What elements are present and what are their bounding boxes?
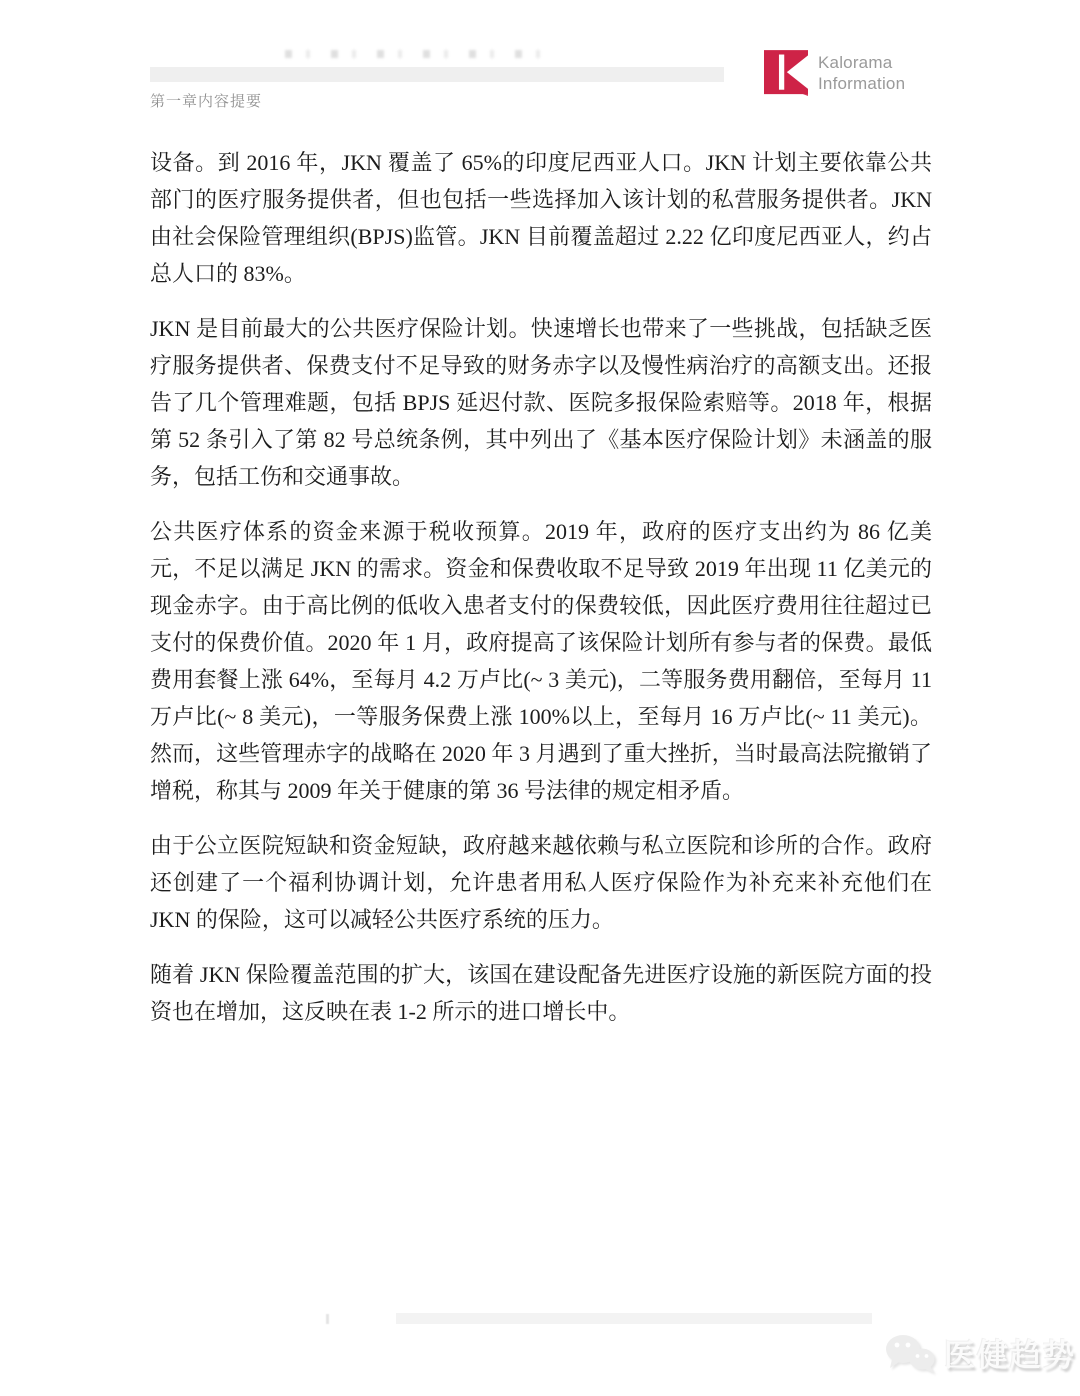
- kalorama-wordmark: Kalorama Information: [818, 52, 905, 94]
- wechat-watermark: 医健趋势: [884, 1330, 1076, 1375]
- faded-text-remnant: [285, 50, 547, 58]
- wechat-icon: [884, 1333, 936, 1373]
- paragraph-private-cooperation: 由于公立医院短缺和资金短缺，政府越来越依赖与私立医院和诊所的合作。政府还创建了一…: [150, 827, 932, 938]
- footer-faded-bar: [396, 1313, 872, 1324]
- paragraph-jkn-challenges: JKN 是目前最大的公共医疗保险计划。快速增长也带来了一些挑战，包括缺乏医疗服务…: [150, 310, 932, 495]
- paragraph-import-growth: 随着 JKN 保险覆盖范围的扩大，该国在建设配备先进医疗设施的新医院方面的投资也…: [150, 956, 932, 1030]
- page-bottom-mark: [326, 1314, 329, 1324]
- chapter-header: 第一章内容提要: [150, 90, 262, 111]
- brand-line-2: Information: [818, 73, 905, 94]
- paragraph-funding: 公共医疗体系的资金来源于税收预算。2019 年，政府的医疗支出约为 86 亿美元…: [150, 513, 932, 809]
- document-body: 设备。到 2016 年，JKN 覆盖了 65%的印度尼西亚人口。JKN 计划主要…: [150, 144, 932, 1048]
- brand-line-1: Kalorama: [818, 52, 905, 73]
- kalorama-logo: Kalorama Information: [764, 50, 905, 96]
- kalorama-k-icon: [764, 50, 808, 96]
- watermark-label: 医健趋势: [944, 1330, 1076, 1375]
- paragraph-jkn-coverage: 设备。到 2016 年，JKN 覆盖了 65%的印度尼西亚人口。JKN 计划主要…: [150, 144, 932, 292]
- header-divider-bar: [150, 67, 724, 82]
